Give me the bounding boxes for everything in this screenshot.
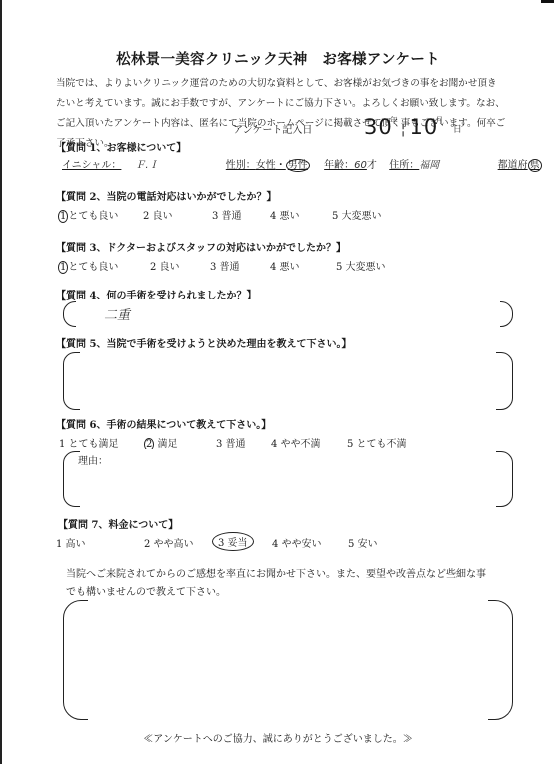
gender-female[interactable]: 女性 [256,160,276,171]
q3-option-1[interactable]: 1とても良い [58,258,118,273]
q6-option-1[interactable]: 1 とても満足 [59,435,119,450]
age-label: 年齢： [324,160,354,171]
q2-option-1[interactable]: 1とても良い [58,207,118,222]
q3-option-2[interactable]: 2 良い [150,258,180,273]
age-unit: 才 [367,160,377,171]
q3-option-5[interactable]: 5 大変悪い [336,258,386,273]
address-value: 福岡 [419,156,471,171]
survey-date[interactable]: 30年¦10月 日 [364,115,462,139]
q5-header: 【質問 5、当院で手術を受けようと決めた理由を教えて下さい。】 [56,335,351,350]
initial-label: イニシャル： [62,160,121,171]
q6-option-2[interactable]: 2 満足 [144,435,178,450]
date-label: アンケート記入日 [233,121,312,136]
address-field[interactable]: 住所：福岡 [389,160,471,171]
address-label: 住所： [389,160,419,171]
gender-male-selected[interactable]: 男性 [286,159,310,172]
comments-prompt: 当院へご来院されてからのご感想を率直にお聞かせ下さい。また、要望や改善点など些細… [66,566,486,602]
address-unit: 都道府県 [498,159,542,172]
bracket-mask [76,299,500,329]
scan-mark [541,0,554,3]
q1-row: イニシャル：Ｆ.Ｉ 性別：女性・男性 年齢：60才 住所：福岡 都道府県 [62,156,542,171]
q7-option-3-selected[interactable]: 3 妥当 [212,532,254,551]
q3-option-3[interactable]: 3 普通 [210,258,240,273]
thank-you-footer: ≪アンケートへのご協力、誠にありがとうございました。≫ [0,730,556,745]
initial-field[interactable]: イニシャル：Ｆ.Ｉ [62,160,199,171]
q2-header: 【質問 2、当院の電話対応はいかがでしたか？】 [56,188,276,203]
gender-label: 性別： [226,160,256,171]
q2-option-5[interactable]: 5 大変悪い [332,207,382,222]
gender-field[interactable]: 性別：女性・男性 [226,159,310,172]
q6-option-4[interactable]: 4 やや不満 [271,435,321,450]
q7-option-1[interactable]: 1 高い [56,535,86,550]
q4-answer: 二重 [104,304,130,323]
bracket-mask [88,598,488,722]
initial-value: Ｆ.Ｉ [121,156,199,171]
q3-option-4[interactable]: 4 悪い [270,258,300,273]
q2-option-3[interactable]: 3 普通 [212,207,242,222]
date-month-unit: 月 [435,116,443,125]
date-month: 10 [409,115,438,139]
q7-option-4[interactable]: 4 やや安い [272,535,322,550]
q2-option-2[interactable]: 2 良い [143,207,173,222]
date-year-unit: 年 [390,116,398,125]
date-day-unit: 日 [453,125,462,135]
q2-option-4[interactable]: 4 悪い [270,207,300,222]
q7-option-2[interactable]: 2 やや高い [144,535,194,550]
q7-option-5[interactable]: 5 安い [348,535,378,550]
q1-header: 【質問 1、お客様について】 [56,139,186,154]
q6-option-5[interactable]: 5 とても不満 [347,435,407,450]
q6-reason-label: 理由： [78,452,108,467]
prefecture-ken-selected[interactable]: 県 [528,159,542,172]
age-field[interactable]: 年齢：60 [324,160,367,171]
age-value: 60 [354,160,367,171]
bracket-mask [80,449,496,509]
survey-title: 松林景一美容クリニック天神 お客様アンケート [0,48,556,69]
date-year: 30 [364,115,393,139]
q6-header: 【質問 6、手術の結果について教えて下さい。】 [56,416,271,431]
q7-header: 【質問 7、料金について】 [58,516,178,531]
q3-header: 【質問 3、ドクターおよびスタッフの対応はいかがでしたか？】 [56,239,346,254]
bracket-mask [80,350,496,412]
scan-edge [0,0,2,764]
q6-option-3[interactable]: 3 普通 [216,435,246,450]
